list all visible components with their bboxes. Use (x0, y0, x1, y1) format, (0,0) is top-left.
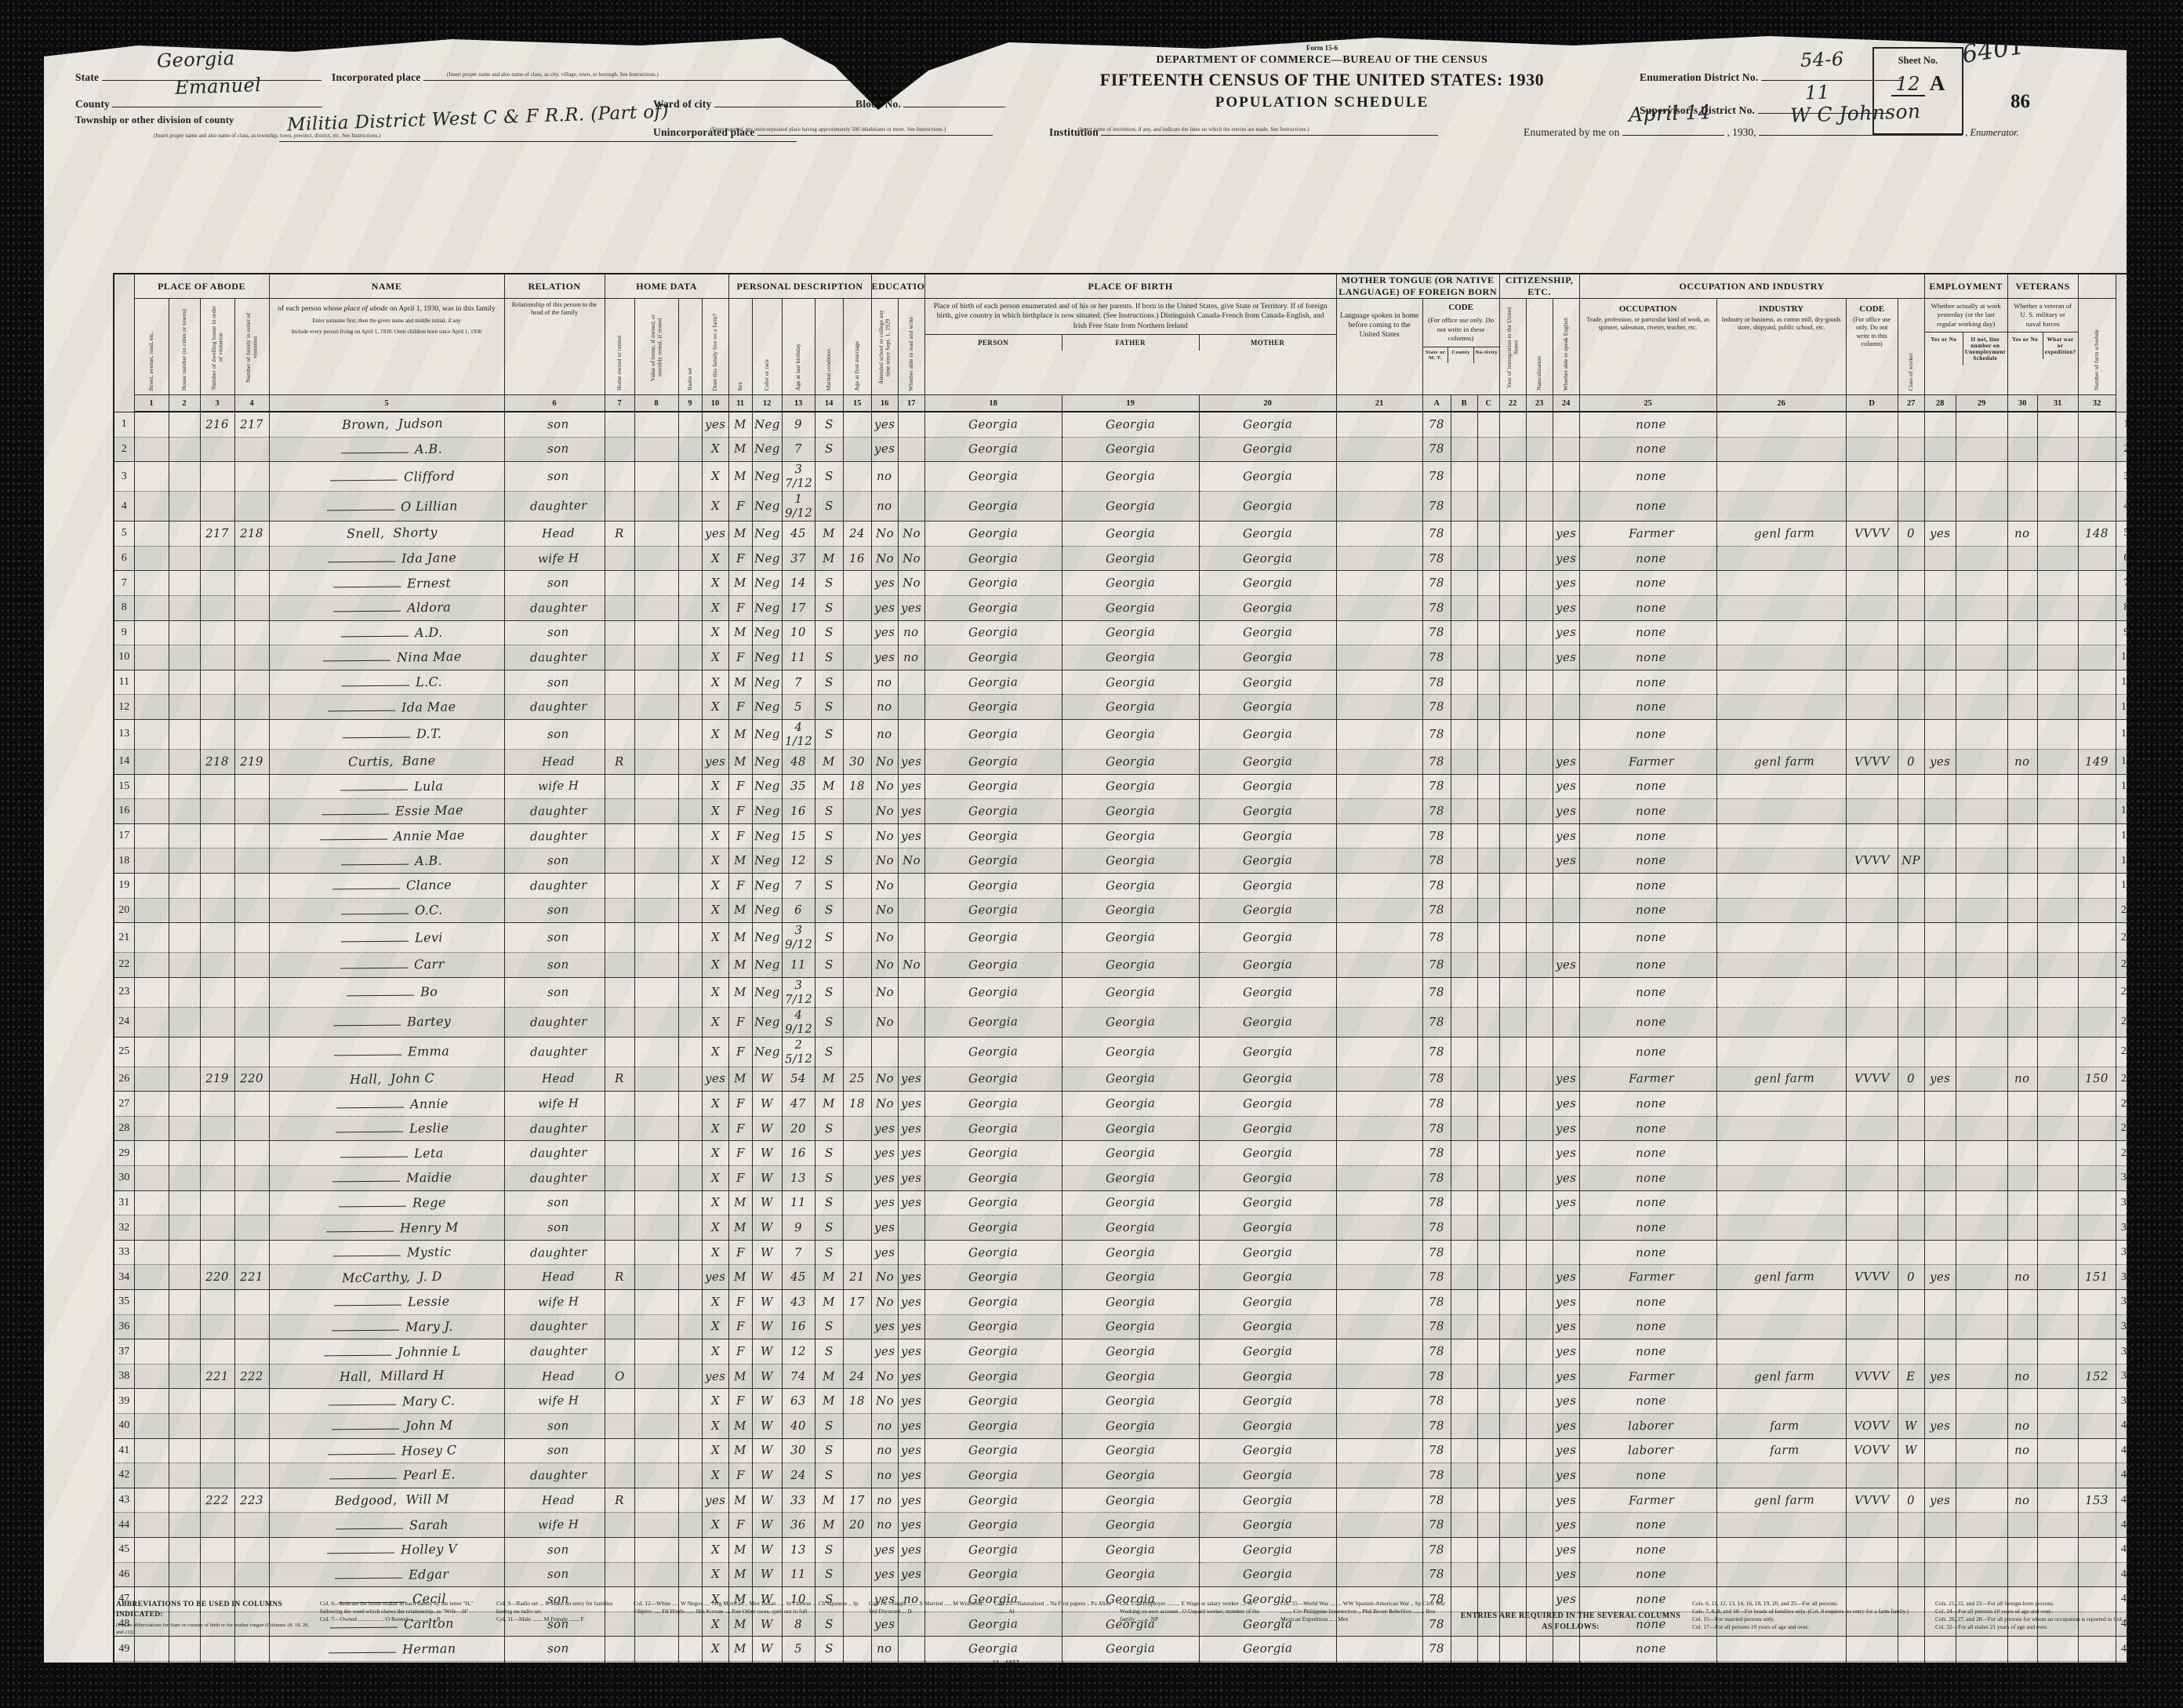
cell (1499, 521, 1526, 547)
cell (605, 1240, 634, 1265)
cell (1336, 1166, 1422, 1191)
line-number: 4 (114, 492, 134, 521)
dwelling-number (200, 923, 234, 953)
cell (1477, 620, 1499, 645)
cell (1898, 1537, 1924, 1562)
cell: yes (871, 645, 898, 670)
cell: yes (898, 1141, 924, 1166)
cell (2078, 977, 2116, 1007)
cell (1956, 823, 2007, 849)
cell (843, 823, 871, 849)
cell: X (702, 695, 728, 720)
cell: 16 (843, 546, 871, 571)
line-number: 41 (114, 1438, 134, 1463)
column-group: RELATION (504, 274, 605, 299)
table-row: 41Hosey CsonXMW30SnoyesGeorgiaGeorgiaGeo… (114, 1438, 2138, 1463)
cell (678, 953, 702, 978)
sheet-header: State Georgia County Emanuel Township or… (44, 30, 2127, 265)
cell: M (728, 1537, 752, 1562)
cell (1477, 1265, 1499, 1290)
cell (634, 1007, 678, 1037)
cell (1526, 823, 1553, 849)
cell: 7 (782, 670, 815, 695)
cell: W (752, 1240, 782, 1265)
cell (1526, 1389, 1553, 1414)
family-number (234, 1414, 269, 1439)
line-number: 17 (114, 823, 134, 849)
dwelling-number (200, 670, 234, 695)
cell (898, 1240, 924, 1265)
cell: R (605, 1067, 634, 1092)
cell (634, 1290, 678, 1315)
cell (1477, 873, 1499, 898)
column-group: OCCUPATION AND INDUSTRY (1579, 274, 1924, 299)
birthplace: Georgia (1199, 1116, 1336, 1141)
cell (1336, 546, 1422, 571)
cell (678, 1537, 702, 1562)
column-number: 13 (782, 395, 815, 412)
cell: yes (871, 620, 898, 645)
cell (1499, 437, 1526, 462)
cell (1898, 1240, 1924, 1265)
cell (2078, 1216, 2116, 1241)
dwelling-number (200, 1141, 234, 1166)
cell (843, 873, 871, 898)
line-number: 42 (114, 1463, 134, 1488)
birthplace: Georgia (1199, 1438, 1336, 1463)
line-number: 25 (114, 1037, 134, 1067)
family-number (234, 898, 269, 923)
cell: Neg (752, 1007, 782, 1037)
occupation: none (1579, 1339, 1716, 1365)
cell: S (815, 462, 843, 492)
cell (1336, 749, 1422, 774)
cell (1526, 521, 1553, 547)
column-number: A (1422, 395, 1451, 412)
family-number (234, 462, 269, 492)
column-label: Age at last birthday (782, 299, 815, 395)
cell (1451, 1116, 1477, 1141)
cell: 78 (1422, 1488, 1451, 1513)
cell (1553, 412, 1579, 437)
dwelling-number: 221 (200, 1364, 234, 1389)
birthplace: Georgia (1199, 1314, 1336, 1339)
line-number: 12 (114, 695, 134, 720)
cell (2078, 695, 2116, 720)
cell: W (752, 1067, 782, 1092)
occupation: none (1579, 1141, 1716, 1166)
cell (2037, 1513, 2078, 1538)
cell (678, 521, 702, 547)
cell (634, 670, 678, 695)
cell (1898, 462, 1924, 492)
column-number: 18 (924, 395, 1062, 412)
industry (1716, 462, 1846, 492)
line-number: 11 (114, 670, 134, 695)
cell (1526, 1240, 1553, 1265)
cell (1499, 571, 1526, 596)
cell (634, 412, 678, 437)
industry (1716, 1166, 1846, 1191)
cell: F (728, 1389, 752, 1414)
cell (1499, 849, 1526, 874)
relation: daughter (504, 1141, 605, 1166)
cell (2037, 1314, 2078, 1339)
cell: S (815, 571, 843, 596)
township-field: Township or other division of county (75, 114, 311, 126)
cell: VVVV (1846, 1488, 1898, 1513)
birthplace: Georgia (1199, 873, 1336, 898)
cell: 150 (2078, 1067, 2116, 1092)
cell (1553, 873, 1579, 898)
cell: 11 (782, 645, 815, 670)
birthplace: Georgia (1062, 1364, 1199, 1389)
cell (1451, 1438, 1477, 1463)
industry: genl farm (1716, 1488, 1846, 1513)
cell (1499, 1190, 1526, 1216)
birthplace: Georgia (1062, 799, 1199, 824)
birthplace: Georgia (924, 1092, 1062, 1117)
cell: Neg (752, 1037, 782, 1067)
cell (605, 1389, 634, 1414)
birthplace: Georgia (1062, 749, 1199, 774)
column-number: 10 (702, 395, 728, 412)
cell: 78 (1422, 412, 1451, 437)
table-row: 22CarrsonXMNeg11SNoNoGeorgiaGeorgiaGeorg… (114, 953, 2138, 978)
cell (1898, 670, 1924, 695)
cell: yes (1553, 1513, 1579, 1538)
cell (605, 1513, 634, 1538)
cell: F (728, 595, 752, 620)
cell (1499, 412, 1526, 437)
cell (1451, 1463, 1477, 1488)
cell: yes (898, 1488, 924, 1513)
cell (634, 1240, 678, 1265)
cell: yes (1553, 1537, 1579, 1562)
cell (1451, 1414, 1477, 1439)
cell: yes (898, 1116, 924, 1141)
cell (634, 571, 678, 596)
cell (1846, 923, 1898, 953)
cell (678, 595, 702, 620)
cell (605, 923, 634, 953)
birthplace: Georgia (1199, 774, 1336, 799)
note-col31: Col. 31—World War ........ WW Spanish-Am… (1280, 1600, 1449, 1656)
birthplace: Georgia (1062, 462, 1199, 492)
person-name: L.C. (269, 670, 504, 695)
column-number: 4 (234, 395, 269, 412)
cell (2007, 437, 2037, 462)
cell: M (815, 546, 843, 571)
column-group: PERSONAL DESCRIPTION (728, 274, 871, 299)
cell: yes (1553, 1116, 1579, 1141)
cell (1526, 849, 1553, 874)
cell: W (752, 1364, 782, 1389)
cell: yes (1553, 1438, 1579, 1463)
cell: 78 (1422, 1364, 1451, 1389)
cell (1499, 1537, 1526, 1562)
cell (1553, 492, 1579, 521)
cell (605, 823, 634, 849)
cell (2007, 1290, 2037, 1315)
dwelling-number (200, 799, 234, 824)
cell: X (702, 823, 728, 849)
cell (1846, 823, 1898, 849)
cell (678, 620, 702, 645)
cell: 78 (1422, 1314, 1451, 1339)
cell (2037, 571, 2078, 596)
cell (678, 1007, 702, 1037)
relation: Head (504, 1364, 605, 1389)
cell (1846, 1562, 1898, 1587)
cell: 78 (1422, 1265, 1451, 1290)
cell (1499, 1166, 1526, 1191)
birthplace: Georgia (924, 1314, 1062, 1339)
cell: F (728, 1166, 752, 1191)
cell (2037, 546, 2078, 571)
cell (1499, 1216, 1526, 1241)
cell: X (702, 799, 728, 824)
cell: M (728, 571, 752, 596)
cell (1451, 1240, 1477, 1265)
relation: son (504, 923, 605, 953)
column-group: NAME (269, 274, 504, 299)
cell: 78 (1422, 849, 1451, 874)
cell (1956, 873, 2007, 898)
line-number: 45 (114, 1537, 134, 1562)
cell (1526, 898, 1553, 923)
cell (1477, 823, 1499, 849)
cell: S (815, 1141, 843, 1166)
family-number (234, 1438, 269, 1463)
birthplace: Georgia (1062, 1290, 1199, 1315)
cell (1477, 1141, 1499, 1166)
cell: W (752, 1290, 782, 1315)
cell (898, 1216, 924, 1241)
cell: yes (898, 595, 924, 620)
birthplace: Georgia (924, 571, 1062, 596)
cell (1336, 492, 1422, 521)
birthplace: Georgia (1199, 1166, 1336, 1191)
birthplace: Georgia (1199, 670, 1336, 695)
cell: X (702, 571, 728, 596)
cell (843, 437, 871, 462)
cell: yes (1924, 749, 1956, 774)
column-label: Whether able to speak English (1553, 299, 1579, 395)
column-label: Color or race (752, 299, 782, 395)
cell (2078, 719, 2116, 749)
cell (1477, 1166, 1499, 1191)
cell (2078, 595, 2116, 620)
cell (1499, 1116, 1526, 1141)
cell (634, 462, 678, 492)
cell (843, 595, 871, 620)
cell (1924, 1216, 1956, 1241)
cell (2037, 1265, 2078, 1290)
birthplace: Georgia (924, 1537, 1062, 1562)
township-label: Township or other division of county (75, 114, 234, 125)
cell (1526, 1414, 1553, 1439)
cell (1924, 823, 1956, 849)
table-row: 9A.D.sonXMNeg10SyesnoGeorgiaGeorgiaGeorg… (114, 620, 2138, 645)
cell (2078, 1116, 2116, 1141)
cell (634, 1265, 678, 1290)
column-label: House number (in cities or towns) (169, 299, 200, 395)
cell (605, 1537, 634, 1562)
line-number: 6 (114, 546, 134, 571)
cell (1499, 1314, 1526, 1339)
occupation: none (1579, 1216, 1716, 1241)
cell: M (815, 521, 843, 547)
occupation: none (1579, 695, 1716, 720)
cell: 3 7/12 (782, 462, 815, 492)
dwelling-number (200, 462, 234, 492)
cell (1846, 1216, 1898, 1241)
cell (1526, 719, 1553, 749)
column-number: D (1846, 395, 1898, 412)
cell (843, 953, 871, 978)
cell: yes (1553, 645, 1579, 670)
cell: No (871, 774, 898, 799)
cell (1924, 1092, 1956, 1117)
birthplace: Georgia (924, 749, 1062, 774)
cell (843, 645, 871, 670)
cell: 78 (1422, 923, 1451, 953)
cell (1846, 1513, 1898, 1538)
cell: 17 (843, 1290, 871, 1315)
cell (1526, 1463, 1553, 1488)
cell (1956, 1314, 2007, 1339)
cell: 78 (1422, 823, 1451, 849)
cell (1499, 1265, 1526, 1290)
table-row: 21LevisonXMNeg3 9/12SNoGeorgiaGeorgiaGeo… (114, 923, 2138, 953)
industry (1716, 645, 1846, 670)
dwelling-number (200, 1007, 234, 1037)
cell: X (702, 1240, 728, 1265)
cell (2007, 571, 2037, 596)
cell (2037, 1067, 2078, 1092)
person-name: Annie (269, 1092, 504, 1117)
column-number: 21 (1336, 395, 1422, 412)
cell: yes (898, 1438, 924, 1463)
cell: X (702, 1037, 728, 1067)
cell (843, 1240, 871, 1265)
township-caption: (Insert proper name and also name of cla… (154, 133, 381, 139)
cell: M (728, 437, 752, 462)
cell (678, 1314, 702, 1339)
person-name: Edgar (269, 1562, 504, 1587)
cell: yes (898, 749, 924, 774)
birthplace: Georgia (1062, 1488, 1199, 1513)
relation: daughter (504, 1240, 605, 1265)
cell (1499, 1092, 1526, 1117)
cell: yes (898, 1339, 924, 1365)
cell (678, 1265, 702, 1290)
cell (1846, 1037, 1898, 1067)
cell (678, 1562, 702, 1587)
line-number: 21 (114, 923, 134, 953)
cell (1526, 1265, 1553, 1290)
birthplace: Georgia (924, 1488, 1062, 1513)
cell (1499, 1438, 1526, 1463)
cell (843, 719, 871, 749)
cell: S (815, 1116, 843, 1141)
column-label: Language spoken in home before coming to… (1336, 299, 1422, 395)
cell (1477, 1116, 1499, 1141)
cell: 3 9/12 (782, 923, 815, 953)
line-number: 19 (114, 873, 134, 898)
birthplace: Georgia (1062, 1037, 1199, 1067)
column-label: Radio set (678, 299, 702, 395)
family-number: 219 (234, 749, 269, 774)
cell (1924, 1166, 1956, 1191)
cell (1956, 521, 2007, 547)
census-title: FIFTEENTH CENSUS OF THE UNITED STATES: 1… (1024, 70, 1620, 90)
birthplace: Georgia (924, 1216, 1062, 1241)
occupation: none (1579, 923, 1716, 953)
institution-caption: (Insert name of institution, if any, and… (1077, 127, 1309, 133)
industry: farm (1716, 1438, 1846, 1463)
cell: X (702, 719, 728, 749)
birthplace: Georgia (1199, 977, 1336, 1007)
table-row: 4O LilliandaughterXFNeg1 9/12SnoGeorgiaG… (114, 492, 2138, 521)
birthplace: Georgia (1199, 1190, 1336, 1216)
birthplace: Georgia (1199, 1092, 1336, 1117)
relation: son (504, 437, 605, 462)
occupation: none (1579, 1463, 1716, 1488)
birthplace: Georgia (1062, 1166, 1199, 1191)
cell: 3 7/12 (782, 977, 815, 1007)
cell (1898, 1463, 1924, 1488)
column-group (2078, 274, 2116, 299)
cell (843, 1116, 871, 1141)
cell (1499, 799, 1526, 824)
cell (1846, 1116, 1898, 1141)
occupation: none (1579, 719, 1716, 749)
occupation: none (1579, 799, 1716, 824)
cell (1336, 1513, 1422, 1538)
cell: Neg (752, 546, 782, 571)
cell: M (728, 1488, 752, 1513)
cell (1336, 1290, 1422, 1315)
cell (1336, 670, 1422, 695)
cell: M (728, 620, 752, 645)
cell (605, 774, 634, 799)
person-name: Ernest (269, 571, 504, 596)
cell (1451, 1290, 1477, 1315)
cell (1956, 1389, 2007, 1414)
cell (898, 670, 924, 695)
cell: W (752, 1513, 782, 1538)
cell (1526, 492, 1553, 521)
dwelling-number (200, 695, 234, 720)
cell: Neg (752, 462, 782, 492)
cell (843, 1037, 871, 1067)
relation: Head (504, 1067, 605, 1092)
industry: farm (1716, 1414, 1846, 1439)
cell: S (815, 898, 843, 923)
cell: No (871, 1007, 898, 1037)
cell (2007, 492, 2037, 521)
person-name: Nina Mae (269, 645, 504, 670)
cell (1499, 1007, 1526, 1037)
cell (2007, 849, 2037, 874)
cell: 78 (1422, 1290, 1451, 1315)
cell: X (702, 645, 728, 670)
occupation: none (1579, 1116, 1716, 1141)
birthplace: Georgia (924, 546, 1062, 571)
cell: M (728, 953, 752, 978)
